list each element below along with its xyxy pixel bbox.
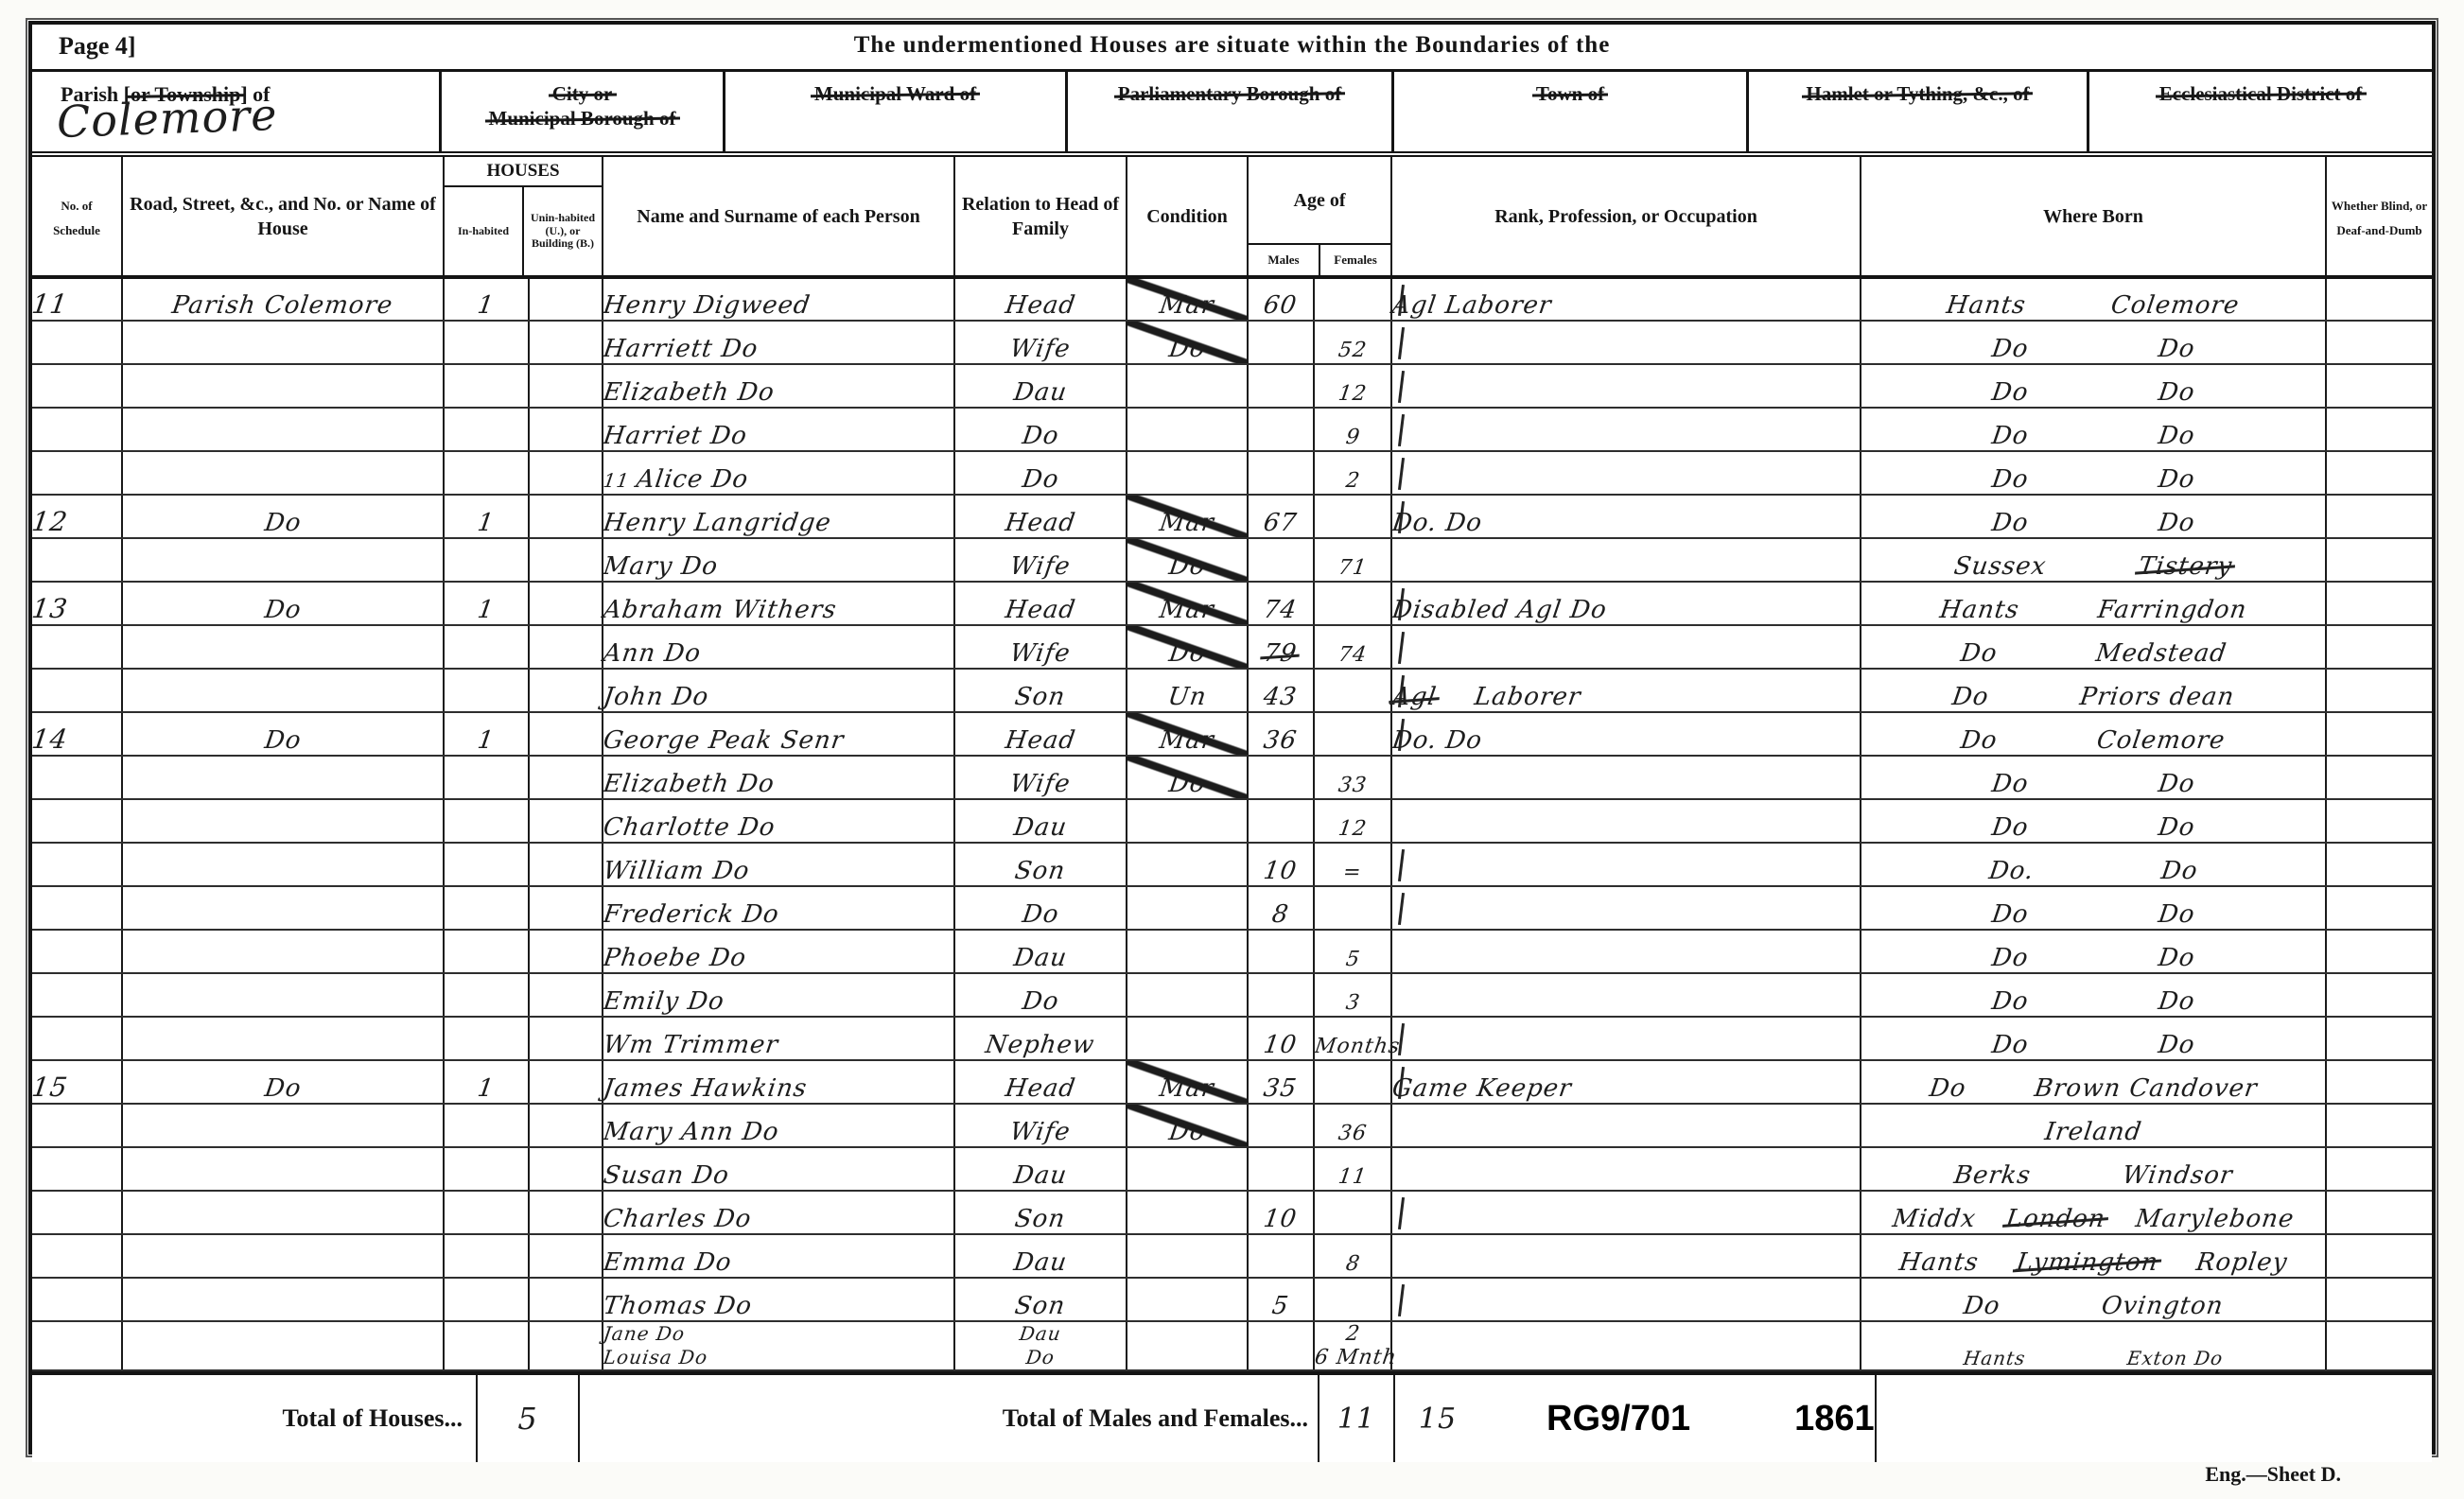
column-header-row: No. ofSchedule Road, Street, &c., and No… — [32, 157, 2432, 277]
cell-condition — [1127, 1234, 1248, 1278]
cell-age-females — [1314, 277, 1391, 321]
cell-where-born: DoDo — [1861, 973, 2326, 1017]
cell-condition — [1127, 408, 1248, 451]
cell-where-born: DoDo — [1861, 930, 2326, 973]
cell-relation: Dau — [954, 1321, 1127, 1346]
person-row: Harriett Do Wife Do 52 DoDo — [32, 321, 2432, 364]
cell-houses-inhabited — [444, 1321, 529, 1346]
cell-occupation — [1391, 1321, 1861, 1346]
cell-road-street — [122, 799, 444, 843]
cell-occupation — [1391, 364, 1861, 408]
cell-person-name: Thomas Do — [603, 1278, 954, 1321]
cell-houses-inhabited: 1 — [444, 277, 529, 321]
cell-houses-inhabited — [444, 538, 529, 582]
cell-age-males — [1248, 321, 1314, 364]
cell-schedule-no — [32, 843, 122, 886]
cell-occupation: Agl Laborer — [1391, 277, 1861, 321]
cell-road-street — [122, 1191, 444, 1234]
cell-houses-uninhabited — [529, 408, 603, 451]
cell-condition: Mar — [1127, 277, 1248, 321]
person-row: Susan Do Dau 11 BerksWindsor — [32, 1147, 2432, 1191]
col-females: Females — [1320, 245, 1390, 275]
col-blind: Whether Blind, or Deaf-and-Dumb — [2326, 157, 2432, 277]
cell-occupation: AglLaborer — [1391, 669, 1861, 712]
cell-schedule-no — [32, 538, 122, 582]
cell-road-street: Do — [122, 495, 444, 538]
cell-condition — [1127, 451, 1248, 495]
cell-houses-inhabited — [444, 1346, 529, 1370]
municipal-ward-cell: Municipal Ward of — [725, 72, 1068, 151]
ecclesiastical-district-cell: Ecclesiastical District of — [2089, 72, 2432, 151]
cell-age-females: 2 — [1314, 451, 1391, 495]
person-row: 11 Parish Colemore 1 Henry Digweed Head … — [32, 277, 2432, 321]
title-row: Page 4] The undermentioned Houses are si… — [32, 25, 2432, 72]
cell-age-females — [1314, 1278, 1391, 1321]
cell-relation: Wife — [954, 321, 1127, 364]
cell-person-name: Wm Trimmer — [603, 1017, 954, 1060]
cell-blind-deaf — [2326, 1191, 2432, 1234]
cell-where-born: DoDo — [1861, 756, 2326, 799]
cell-age-females: 71 — [1314, 538, 1391, 582]
cell-houses-inhabited — [444, 321, 529, 364]
cell-condition — [1127, 364, 1248, 408]
cell-schedule-no — [32, 973, 122, 1017]
cell-occupation — [1391, 451, 1861, 495]
archive-stamp: RG9/701 1861 — [1547, 1399, 1875, 1439]
cell-where-born: HantsColemore — [1861, 277, 2326, 321]
cell-where-born: Do.Do — [1861, 843, 2326, 886]
cell-road-street — [122, 1321, 444, 1346]
cell-relation: Dau — [954, 930, 1127, 973]
hamlet-tything-cell: Hamlet or Tything, &c., of — [1749, 72, 2089, 151]
person-row: Mary Do Wife Do 71 SussexTistery — [32, 538, 2432, 582]
person-row: William Do Son 10 = Do.Do — [32, 843, 2432, 886]
parliamentary-borough-cell: Parliamentary Borough of — [1068, 72, 1394, 151]
cell-age-males — [1248, 408, 1314, 451]
cell-occupation — [1391, 408, 1861, 451]
cell-schedule-no — [32, 756, 122, 799]
person-row: 12 Do 1 Henry Langridge Head Mar 67 Do. … — [32, 495, 2432, 538]
cell-age-females: 11 — [1314, 1147, 1391, 1191]
cell-blind-deaf — [2326, 451, 2432, 495]
cell-age-females — [1314, 886, 1391, 930]
cell-occupation — [1391, 973, 1861, 1017]
cell-schedule-no — [32, 1017, 122, 1060]
census-table: No. ofSchedule Road, Street, &c., and No… — [32, 157, 2432, 1371]
cell-occupation — [1391, 1104, 1861, 1147]
cell-person-name: Frederick Do — [603, 886, 954, 930]
cell-condition — [1127, 1321, 1248, 1346]
cell-relation: Son — [954, 1191, 1127, 1234]
cell-condition: Mar — [1127, 712, 1248, 756]
cell-blind-deaf — [2326, 756, 2432, 799]
cell-occupation: Do. Do — [1391, 495, 1861, 538]
cell-where-born: BerksWindsor — [1861, 1147, 2326, 1191]
cell-age-males: 8 — [1248, 886, 1314, 930]
cell-where-born: DoDo — [1861, 364, 2326, 408]
person-row: Elizabeth Do Dau 12 DoDo — [32, 364, 2432, 408]
cell-road-street — [122, 1017, 444, 1060]
cell-occupation — [1391, 321, 1861, 364]
cell-condition: Mar — [1127, 495, 1248, 538]
cell-relation: Son — [954, 843, 1127, 886]
cell-relation: Head — [954, 495, 1127, 538]
cell-relation: Do — [954, 408, 1127, 451]
cell-age-males — [1248, 1346, 1314, 1370]
cell-person-name: Harriett Do — [603, 321, 954, 364]
cell-age-females: 12 — [1314, 364, 1391, 408]
town-cell: Town of — [1394, 72, 1749, 151]
cell-age-males: 5 — [1248, 1278, 1314, 1321]
cell-blind-deaf — [2326, 843, 2432, 886]
cell-occupation — [1391, 1191, 1861, 1234]
cell-blind-deaf — [2326, 669, 2432, 712]
cell-occupation — [1391, 886, 1861, 930]
cell-condition: Do — [1127, 538, 1248, 582]
cell-blind-deaf — [2326, 538, 2432, 582]
cell-person-name: John Do — [603, 669, 954, 712]
cell-condition — [1127, 973, 1248, 1017]
cell-occupation — [1391, 625, 1861, 669]
cell-schedule-no — [32, 321, 122, 364]
cell-houses-inhabited — [444, 930, 529, 973]
cell-houses-inhabited — [444, 451, 529, 495]
city-borough-cell: City or Municipal Borough of — [442, 72, 725, 151]
cell-occupation — [1391, 1278, 1861, 1321]
cell-age-females — [1314, 1191, 1391, 1234]
cell-age-females: 9 — [1314, 408, 1391, 451]
cell-houses-uninhabited — [529, 321, 603, 364]
cell-road-street — [122, 843, 444, 886]
cell-relation: Wife — [954, 538, 1127, 582]
person-row: Emma Do Dau 8 HantsLymingtonRopley — [32, 1234, 2432, 1278]
cell-road-street: Do — [122, 712, 444, 756]
cell-houses-inhabited — [444, 625, 529, 669]
cell-schedule-no — [32, 1191, 122, 1234]
person-row: Wm Trimmer Nephew 10 Months DoDo — [32, 1017, 2432, 1060]
cell-occupation: Disabled Agl Do — [1391, 582, 1861, 625]
cell-houses-uninhabited — [529, 451, 603, 495]
cell-road-street — [122, 930, 444, 973]
cell-condition: Do — [1127, 625, 1248, 669]
cell-occupation: Do. Do — [1391, 712, 1861, 756]
cell-road-street: Do — [122, 1060, 444, 1104]
cell-houses-uninhabited — [529, 538, 603, 582]
cell-age-females: 33 — [1314, 756, 1391, 799]
cell-houses-uninhabited — [529, 277, 603, 321]
cell-blind-deaf — [2326, 1060, 2432, 1104]
col-age: Age of Males Females — [1248, 157, 1391, 277]
cell-schedule-no — [32, 408, 122, 451]
cell-houses-inhabited — [444, 364, 529, 408]
cell-age-males: 36 — [1248, 712, 1314, 756]
cell-occupation — [1391, 843, 1861, 886]
cell-schedule-no — [32, 1321, 122, 1346]
cell-where-born: DoDo — [1861, 799, 2326, 843]
cell-relation: Dau — [954, 1234, 1127, 1278]
person-row: 13 Do 1 Abraham Withers Head Mar 74 Disa… — [32, 582, 2432, 625]
cell-schedule-no — [32, 799, 122, 843]
cell-where-born: SussexTistery — [1861, 538, 2326, 582]
cell-relation: Dau — [954, 364, 1127, 408]
cell-age-females: = — [1314, 843, 1391, 886]
cell-houses-uninhabited — [529, 1060, 603, 1104]
cell-age-females: 3 — [1314, 973, 1391, 1017]
cell-road-street — [122, 408, 444, 451]
cell-houses-uninhabited — [529, 625, 603, 669]
cell-person-name: Abraham Withers — [603, 582, 954, 625]
cell-road-street: Parish Colemore — [122, 277, 444, 321]
cell-condition: Do — [1127, 1104, 1248, 1147]
person-row: 11Alice Do Do 2 DoDo — [32, 451, 2432, 495]
cell-blind-deaf — [2326, 886, 2432, 930]
cell-person-name: Elizabeth Do — [603, 756, 954, 799]
cell-houses-uninhabited — [529, 886, 603, 930]
cell-road-street — [122, 1234, 444, 1278]
cell-blind-deaf — [2326, 1234, 2432, 1278]
cell-person-name: James Hawkins — [603, 1060, 954, 1104]
cell-condition — [1127, 1017, 1248, 1060]
cell-houses-uninhabited — [529, 1234, 603, 1278]
person-row: Frederick Do Do 8 DoDo — [32, 886, 2432, 930]
cell-schedule-no — [32, 1147, 122, 1191]
cell-houses-uninhabited — [529, 1017, 603, 1060]
person-row: 14 Do 1 George Peak Senr Head Mar 36 Do.… — [32, 712, 2432, 756]
cell-age-males: 79 — [1248, 625, 1314, 669]
parish-cell: Parish [or Township] of Colemore — [32, 72, 442, 151]
col-uninhabited: Unin-habited (U.), or Building (B.) — [524, 187, 602, 275]
cell-age-females: 52 — [1314, 321, 1391, 364]
cell-person-name: Elizabeth Do — [603, 364, 954, 408]
cell-person-name: Ann Do — [603, 625, 954, 669]
archive-reference: RG9/701 — [1547, 1399, 1690, 1439]
cell-houses-inhabited — [444, 799, 529, 843]
census-sheet: Page 4] The undermentioned Houses are si… — [28, 21, 2436, 1455]
location-header: Parish [or Township] of Colemore City or… — [32, 72, 2432, 157]
cell-relation: Head — [954, 712, 1127, 756]
cell-blind-deaf — [2326, 408, 2432, 451]
cell-blind-deaf — [2326, 321, 2432, 364]
parish-value: Colemore — [56, 93, 278, 144]
cell-schedule-no — [32, 1104, 122, 1147]
cell-road-street — [122, 973, 444, 1017]
cell-houses-uninhabited — [529, 1321, 603, 1346]
cell-age-males — [1248, 451, 1314, 495]
cell-houses-uninhabited — [529, 973, 603, 1017]
cell-houses-uninhabited — [529, 712, 603, 756]
person-row: Louisa Do Do 6 Mnth HantsExton Do — [32, 1346, 2432, 1370]
cell-houses-inhabited — [444, 843, 529, 886]
cell-houses-inhabited: 1 — [444, 1060, 529, 1104]
cell-where-born: DoDo — [1861, 408, 2326, 451]
cell-houses-uninhabited — [529, 930, 603, 973]
cell-where-born: MiddxLondonMarylebone — [1861, 1191, 2326, 1234]
cell-road-street — [122, 886, 444, 930]
cell-houses-uninhabited — [529, 1346, 603, 1370]
census-year: 1861 — [1794, 1399, 1875, 1439]
cell-condition — [1127, 1278, 1248, 1321]
cell-schedule-no: 15 — [32, 1060, 122, 1104]
cell-houses-uninhabited — [529, 1147, 603, 1191]
cell-age-females — [1314, 495, 1391, 538]
cell-schedule-no — [32, 1234, 122, 1278]
cell-road-street — [122, 625, 444, 669]
person-row: Harriet Do Do 9 DoDo — [32, 408, 2432, 451]
cell-age-females: Months — [1314, 1017, 1391, 1060]
cell-blind-deaf — [2326, 799, 2432, 843]
cell-where-born: Ireland — [1861, 1104, 2326, 1147]
cell-road-street: Do — [122, 582, 444, 625]
cell-houses-uninhabited — [529, 1191, 603, 1234]
cell-houses-inhabited — [444, 1278, 529, 1321]
cell-person-name: Charlotte Do — [603, 799, 954, 843]
cell-condition — [1127, 886, 1248, 930]
cell-age-males — [1248, 930, 1314, 973]
cell-age-females: 2 — [1314, 1321, 1391, 1346]
cell-relation: Do — [954, 973, 1127, 1017]
cell-relation: Head — [954, 277, 1127, 321]
cell-where-born: HantsLymingtonRopley — [1861, 1234, 2326, 1278]
cell-relation: Son — [954, 1278, 1127, 1321]
cell-person-name: Phoebe Do — [603, 930, 954, 973]
cell-schedule-no — [32, 625, 122, 669]
col-born: Where Born — [1861, 157, 2326, 277]
cell-road-street — [122, 669, 444, 712]
col-relation: Relation to Head of Family — [954, 157, 1127, 277]
total-females-value: 15 — [1393, 1375, 1480, 1462]
cell-where-born: DoBrown Candover — [1861, 1060, 2326, 1104]
cell-road-street — [122, 1147, 444, 1191]
cell-person-name: Jane Do — [603, 1321, 954, 1346]
person-row: Mary Ann Do Wife Do 36 Ireland — [32, 1104, 2432, 1147]
cell-condition: Mar — [1127, 1060, 1248, 1104]
person-row: Ann Do Wife Do 79 74 DoMedstead — [32, 625, 2432, 669]
cell-relation: Do — [954, 451, 1127, 495]
cell-schedule-no: 12 — [32, 495, 122, 538]
cell-age-females — [1314, 712, 1391, 756]
cell-occupation — [1391, 930, 1861, 973]
cell-relation: Son — [954, 669, 1127, 712]
cell-relation: Do — [954, 1346, 1127, 1370]
cell-houses-inhabited — [444, 886, 529, 930]
cell-person-name: William Do — [603, 843, 954, 886]
cell-age-females: 8 — [1314, 1234, 1391, 1278]
person-row: Emily Do Do 3 DoDo — [32, 973, 2432, 1017]
cell-age-males — [1248, 364, 1314, 408]
cell-relation: Head — [954, 582, 1127, 625]
cell-blind-deaf — [2326, 582, 2432, 625]
cell-age-females — [1314, 669, 1391, 712]
cell-person-name: Mary Do — [603, 538, 954, 582]
cell-occupation — [1391, 1147, 1861, 1191]
cell-age-females: 6 Mnth — [1314, 1346, 1391, 1370]
col-males: Males — [1249, 245, 1320, 275]
cell-houses-inhabited — [444, 669, 529, 712]
cell-houses-uninhabited — [529, 799, 603, 843]
cell-occupation — [1391, 1346, 1861, 1370]
cell-person-name: Henry Langridge — [603, 495, 954, 538]
cell-blind-deaf — [2326, 1147, 2432, 1191]
cell-road-street — [122, 1104, 444, 1147]
total-males-females-label: Total of Males and Females... — [580, 1404, 1318, 1433]
cell-age-females: 5 — [1314, 930, 1391, 973]
col-houses: HOUSES In-habited Unin-habited (U.), or … — [444, 157, 603, 277]
col-inhabited: In-habited — [445, 187, 524, 275]
cell-schedule-no: 11 — [32, 277, 122, 321]
cell-age-males — [1248, 538, 1314, 582]
cell-relation: Head — [954, 1060, 1127, 1104]
cell-relation: Dau — [954, 1147, 1127, 1191]
cell-person-name: Emily Do — [603, 973, 954, 1017]
cell-schedule-no — [32, 1346, 122, 1370]
cell-where-born: DoOvington — [1861, 1278, 2326, 1321]
cell-schedule-no: 14 — [32, 712, 122, 756]
cell-where-born: DoPriors dean — [1861, 669, 2326, 712]
cell-person-name: Emma Do — [603, 1234, 954, 1278]
cell-houses-inhabited — [444, 1147, 529, 1191]
cell-person-name: George Peak Senr — [603, 712, 954, 756]
cell-schedule-no — [32, 451, 122, 495]
cell-age-males: 67 — [1248, 495, 1314, 538]
cell-age-females — [1314, 1060, 1391, 1104]
cell-age-males — [1248, 799, 1314, 843]
cell-houses-uninhabited — [529, 843, 603, 886]
cell-road-street — [122, 1278, 444, 1321]
cell-condition — [1127, 930, 1248, 973]
cell-houses-inhabited — [444, 1234, 529, 1278]
cell-where-born — [1861, 1321, 2326, 1346]
cell-age-males: 74 — [1248, 582, 1314, 625]
cell-road-street — [122, 538, 444, 582]
cell-occupation — [1391, 756, 1861, 799]
cell-age-females: 36 — [1314, 1104, 1391, 1147]
cell-occupation — [1391, 799, 1861, 843]
cell-relation: Wife — [954, 1104, 1127, 1147]
cell-blind-deaf — [2326, 495, 2432, 538]
cell-houses-inhabited — [444, 1017, 529, 1060]
cell-occupation — [1391, 1017, 1861, 1060]
cell-road-street — [122, 756, 444, 799]
cell-condition: Do — [1127, 321, 1248, 364]
cell-houses-inhabited — [444, 756, 529, 799]
cell-age-males: 10 — [1248, 843, 1314, 886]
cell-condition — [1127, 799, 1248, 843]
person-row: Elizabeth Do Wife Do 33 DoDo — [32, 756, 2432, 799]
cell-houses-inhabited: 1 — [444, 582, 529, 625]
cell-person-name: Mary Ann Do — [603, 1104, 954, 1147]
cell-person-name: Charles Do — [603, 1191, 954, 1234]
cell-where-born: DoColemore — [1861, 712, 2326, 756]
col-schedule: No. ofSchedule — [32, 157, 122, 277]
cell-blind-deaf — [2326, 625, 2432, 669]
total-houses-value: 5 — [476, 1375, 580, 1462]
cell-blind-deaf — [2326, 930, 2432, 973]
cell-schedule-no — [32, 930, 122, 973]
person-row: Charlotte Do Dau 12 DoDo — [32, 799, 2432, 843]
cell-person-name: Susan Do — [603, 1147, 954, 1191]
cell-blind-deaf — [2326, 277, 2432, 321]
cell-condition: Do — [1127, 756, 1248, 799]
cell-houses-uninhabited — [529, 1104, 603, 1147]
cell-houses-uninhabited — [529, 669, 603, 712]
cell-houses-inhabited: 1 — [444, 712, 529, 756]
cell-person-name: Harriet Do — [603, 408, 954, 451]
cell-age-males: 60 — [1248, 277, 1314, 321]
cell-age-males — [1248, 1321, 1314, 1346]
cell-houses-uninhabited — [529, 495, 603, 538]
cell-relation: Do — [954, 886, 1127, 930]
cell-condition — [1127, 1191, 1248, 1234]
